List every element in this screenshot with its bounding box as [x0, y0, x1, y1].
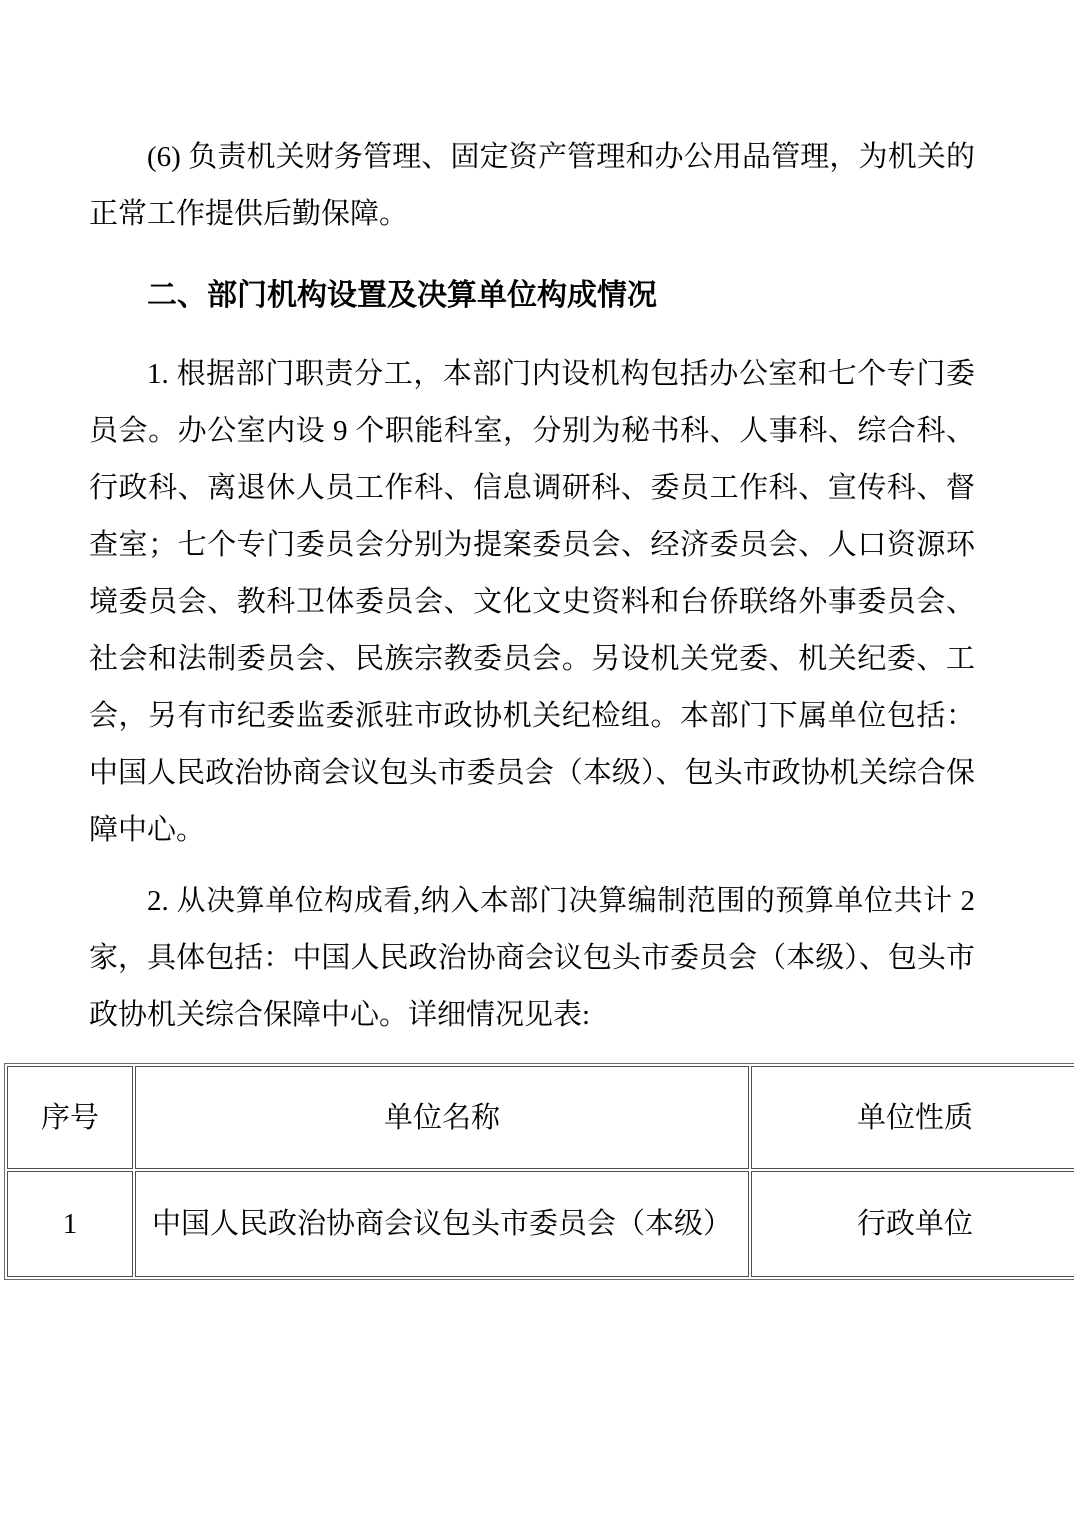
paragraph-2: 2. 从决算单位构成看,纳入本部门决算编制范围的预算单位共计 2 家，具体包括：…: [89, 873, 975, 1044]
table-row: 1 中国人民政治协商会议包头市委员会（本级） 行政单位: [7, 1171, 1074, 1277]
header-cell-index: 序号: [7, 1066, 133, 1169]
document-page: (6) 负责机关财务管理、固定资产管理和办公用品管理，为机关的正常工作提供后勤保…: [0, 0, 1074, 1520]
budget-units-table: 序号 单位名称 单位性质 1 中国人民政治协商会议包头市委员会（本级） 行政单位: [4, 1063, 1074, 1280]
paragraph-6: (6) 负责机关财务管理、固定资产管理和办公用品管理，为机关的正常工作提供后勤保…: [89, 129, 975, 243]
section-heading: 二、部门机构设置及决算单位构成情况: [89, 267, 975, 324]
cell-row-index: 1: [7, 1171, 133, 1277]
paragraph-1: 1. 根据部门职责分工，本部门内设机构包括办公室和七个专门委员会。办公室内设 9…: [89, 346, 975, 859]
cell-unit-name: 中国人民政治协商会议包头市委员会（本级）: [135, 1171, 749, 1277]
cell-unit-nature: 行政单位: [751, 1171, 1074, 1277]
header-cell-unit-name: 单位名称: [135, 1066, 749, 1169]
table-header-row: 序号 单位名称 单位性质: [7, 1066, 1074, 1169]
header-cell-unit-nature: 单位性质: [751, 1066, 1074, 1169]
